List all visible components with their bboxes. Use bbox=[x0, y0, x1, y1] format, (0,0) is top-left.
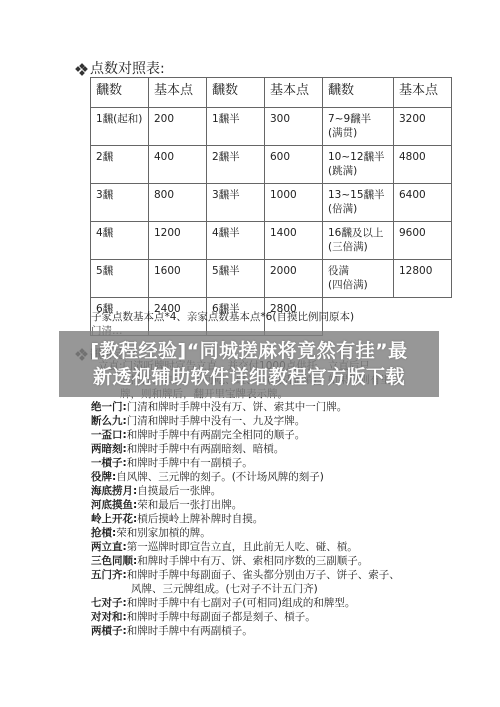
table-cell: 9600 bbox=[394, 222, 452, 260]
header-cell: 基本点 bbox=[394, 78, 452, 108]
list-item: 五门齐:和牌时手牌中每副面子、雀头都分别由万子、饼子、索子、 bbox=[91, 568, 481, 582]
table-cell: 1000 bbox=[265, 184, 323, 222]
table-cell: 3200 bbox=[394, 108, 452, 146]
list-item: 三色同顺:和牌时手牌中有万、饼、索相同序数的三副顺子。 bbox=[91, 554, 481, 568]
description: 门清和牌时手牌中没有万、饼、索其中一门牌。 bbox=[127, 401, 348, 413]
term: 一槓子: bbox=[91, 457, 127, 469]
table-cell: 400 bbox=[149, 146, 207, 184]
table-row: 3飜 800 3飜半 1000 13~15飜半(倍满) 6400 bbox=[91, 184, 452, 222]
list-item: 七对子:和牌时手牌中有七副对子(可相同)组成的和牌型。 bbox=[91, 596, 481, 610]
points-table-title: 点数对照表: bbox=[90, 60, 165, 78]
description: 第一巡牌时即宣告立直，且此前无人吃、碰、槓。 bbox=[127, 541, 358, 553]
header-cell: 飜数 bbox=[91, 78, 149, 108]
term: 岭上开花: bbox=[91, 513, 137, 525]
table-cell: 5飜半 bbox=[207, 260, 265, 298]
list-item: 断么九:门清和牌时手牌中没有一、九及字牌。 bbox=[91, 414, 481, 428]
header-cell: 基本点 bbox=[149, 78, 207, 108]
description: 和牌时手牌中每副面子、雀头都分别由万子、饼子、索子、 bbox=[127, 569, 400, 581]
table-cell: 6400 bbox=[394, 184, 452, 222]
diamond-bullet-icon bbox=[76, 64, 87, 75]
table-cell: 3飜 bbox=[91, 184, 149, 222]
table-cell: 3飜半 bbox=[207, 184, 265, 222]
table-cell: 1飜(起和) bbox=[91, 108, 149, 146]
table-cell: 5飜 bbox=[91, 260, 149, 298]
list-item: 抢槓:荣和别家加槓的牌。 bbox=[91, 526, 481, 540]
table-cell: 2000 bbox=[265, 260, 323, 298]
term: 两槓子: bbox=[91, 625, 127, 637]
term: 河底摸鱼: bbox=[91, 499, 137, 511]
header-cell: 飜数 bbox=[323, 78, 394, 108]
term: 海底捞月: bbox=[91, 485, 137, 497]
table-cell: 1飜半 bbox=[207, 108, 265, 146]
description: 自风牌、三元牌的刻子。(不计场风牌的刻子) bbox=[116, 471, 324, 483]
term: 对对和: bbox=[91, 611, 127, 623]
table-cell: 300 bbox=[265, 108, 323, 146]
table-cell: 16飜及以上(三倍满) bbox=[323, 222, 394, 260]
header-cell: 基本点 bbox=[265, 78, 323, 108]
table-cell: 13~15飜半(倍满) bbox=[323, 184, 394, 222]
header-cell: 飜数 bbox=[207, 78, 265, 108]
table-cell: 4飜 bbox=[91, 222, 149, 260]
table-cell: 12800 bbox=[394, 260, 452, 298]
list-item: 两暗刻:和牌时手牌中有两副暗刻、暗槓。 bbox=[91, 442, 481, 456]
list-item: 役牌:自风牌、三元牌的刻子。(不计场风牌的刻子) bbox=[91, 470, 481, 484]
table-cell: 7~9飜半(满贯) bbox=[323, 108, 394, 146]
overlay-title-banner: [教程经验]“同城搓麻将竟然有挂”最 新透视辅助软件详细教程官方版下载 bbox=[59, 331, 439, 397]
description: 和牌时手牌中有一副槓子。 bbox=[127, 457, 253, 469]
term: 断么九: bbox=[91, 415, 127, 427]
list-item: 两槓子:和牌时手牌中有两副槓子。 bbox=[91, 624, 481, 638]
table-cell: 1400 bbox=[265, 222, 323, 260]
term: 五门齐: bbox=[91, 569, 127, 581]
table-cell: 10~12飜半(跳满) bbox=[323, 146, 394, 184]
definitions-list: 绝一门:门清和牌时手牌中没有万、饼、索其中一门牌。 断么九:门清和牌时手牌中没有… bbox=[91, 400, 481, 638]
term: 两立直: bbox=[91, 541, 127, 553]
table-cell: 800 bbox=[149, 184, 207, 222]
list-item: 一盃口:和牌时手牌中有两副完全相同的顺子。 bbox=[91, 428, 481, 442]
list-item: 对对和:和牌时手牌中每副面子都是刻子、槓子。 bbox=[91, 610, 481, 624]
description: 和牌时手牌中有两副完全相同的顺子。 bbox=[127, 429, 306, 441]
description: 和牌时手牌中每副面子都是刻子、槓子。 bbox=[127, 611, 316, 623]
description: 和牌时手牌中有七副对子(可相同)组成的和牌型。 bbox=[127, 597, 356, 609]
table-cell: 600 bbox=[265, 146, 323, 184]
description: 和牌时手牌中有两副暗刻、暗槓。 bbox=[127, 443, 285, 455]
term: 一盃口: bbox=[91, 429, 127, 441]
list-item: 一槓子:和牌时手牌中有一副槓子。 bbox=[91, 456, 481, 470]
term: 绝一门: bbox=[91, 401, 127, 413]
description: 和牌时手牌中有两副槓子。 bbox=[127, 625, 253, 637]
table-cell: 2飜 bbox=[91, 146, 149, 184]
list-item: 两立直:第一巡牌时即宣告立直，且此前无人吃、碰、槓。 bbox=[91, 540, 481, 554]
points-note: 子家点数基本点*4、亲家点数基本点*6(自摸比例同原本) bbox=[91, 310, 354, 324]
term: 七对子: bbox=[91, 597, 127, 609]
list-item: 河底摸鱼:荣和最后一张打出牌。 bbox=[91, 498, 481, 512]
list-item: 岭上开花:槓后摸岭上牌补牌时自摸。 bbox=[91, 512, 481, 526]
description: 槓后摸岭上牌补牌时自摸。 bbox=[137, 513, 263, 525]
table-row: 2飜 400 2飜半 600 10~12飜半(跳满) 4800 bbox=[91, 146, 452, 184]
list-item: 绝一门:门清和牌时手牌中没有万、饼、索其中一门牌。 bbox=[91, 400, 481, 414]
table-row: 1飜(起和) 200 1飜半 300 7~9飜半(满贯) 3200 bbox=[91, 108, 452, 146]
description: 荣和别家加槓的牌。 bbox=[116, 527, 211, 539]
table-cell: 1200 bbox=[149, 222, 207, 260]
table-cell: 2飜半 bbox=[207, 146, 265, 184]
table-cell: 1600 bbox=[149, 260, 207, 298]
description: 门清和牌时手牌中没有一、九及字牌。 bbox=[127, 415, 306, 427]
table-row: 5飜 1600 5飜半 2000 役满(四倍满) 12800 bbox=[91, 260, 452, 298]
description: 荣和最后一张打出牌。 bbox=[137, 499, 242, 511]
list-item: 海底捞月:自摸最后一张牌。 bbox=[91, 484, 481, 498]
points-table: 飜数 基本点 飜数 基本点 飜数 基本点 1飜(起和) 200 1飜半 300 … bbox=[90, 77, 452, 336]
document-page: 点数对照表: 飜数 基本点 飜数 基本点 飜数 基本点 1飜(起和) 200 1… bbox=[0, 0, 500, 707]
term: 两暗刻: bbox=[91, 443, 127, 455]
points-table-heading: 点数对照表: bbox=[76, 60, 165, 78]
description: 和牌时手牌中有万、饼、索相同序数的三副顺子。 bbox=[137, 555, 368, 567]
term: 役牌: bbox=[91, 471, 116, 483]
empty-cell bbox=[394, 298, 452, 336]
table-cell: 役满(四倍满) bbox=[323, 260, 394, 298]
table-header-row: 飜数 基本点 飜数 基本点 飜数 基本点 bbox=[91, 78, 452, 108]
banner-line-2: 新透视辅助软件详细教程官方版下载 bbox=[93, 364, 405, 390]
term: 抢槓: bbox=[91, 527, 116, 539]
table-cell: 4飜半 bbox=[207, 222, 265, 260]
table-cell: 200 bbox=[149, 108, 207, 146]
table-cell: 4800 bbox=[394, 146, 452, 184]
table-row: 4飜 1200 4飜半 1400 16飜及以上(三倍满) 9600 bbox=[91, 222, 452, 260]
term: 三色同顺: bbox=[91, 555, 137, 567]
banner-line-1: [教程经验]“同城搓麻将竟然有挂”最 bbox=[90, 338, 407, 364]
list-item-continuation: 风牌、三元牌组成。(七对子不计五门齐) bbox=[91, 582, 481, 596]
description: 自摸最后一张牌。 bbox=[137, 485, 221, 497]
